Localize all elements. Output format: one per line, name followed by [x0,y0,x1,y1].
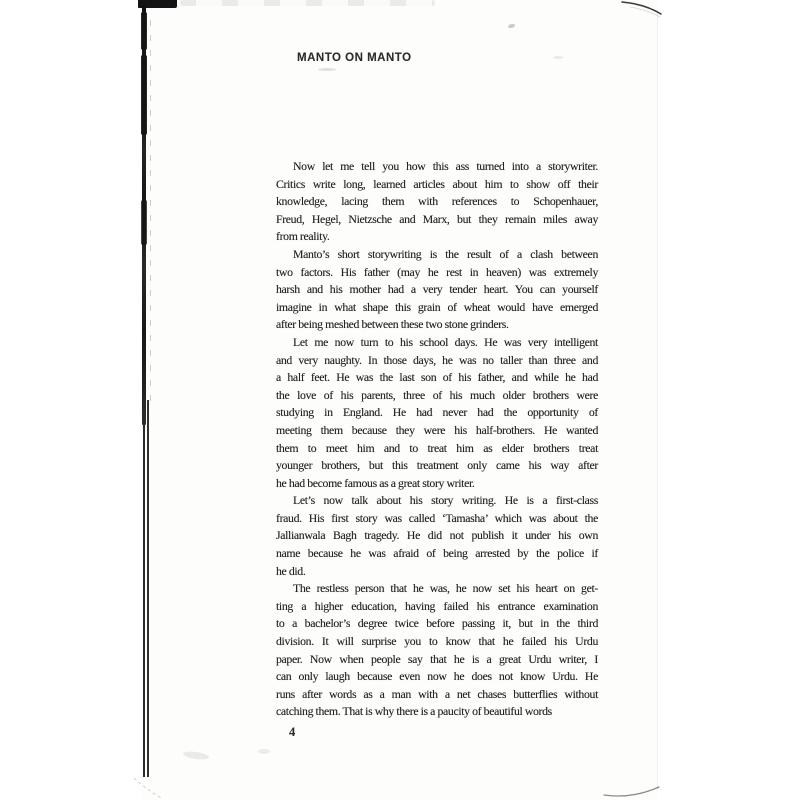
text-line: and very naughty. In those days, he was … [276,352,598,370]
scan-speck [553,56,563,59]
running-header: MANTO ON MANTO [297,52,412,64]
text-line: division. It will surprise you to know t… [276,633,598,651]
text-line: knowledge, lacing them with references t… [276,193,598,211]
text-line: ting a higher education, having failed h… [276,598,598,616]
text-line: them to meet him and to treat him as eld… [276,440,598,458]
text-line: imagine in what shape this grain of whea… [276,299,598,317]
text-line: a half feet. He was the last son of his … [276,369,598,387]
text-line: Manto’s short storywriting is the result… [276,246,598,264]
spine-double-line-left [143,400,145,777]
text-line: younger brothers, but this treatment onl… [276,457,598,475]
text-line: paper. Now when people say that he is a … [276,651,598,669]
text-line: harsh and his mother had a very tender h… [276,281,598,299]
scanned-book-page: MANTO ON MANTO Now let me tell you how t… [0,0,800,800]
text-line: after being meshed between these two sto… [276,316,598,334]
text-line: studying in England. He had never had th… [276,404,598,422]
spine-ink-blotch [141,55,147,135]
text-line: Freud, Hegel, Nietzsche and Marx, but th… [276,211,598,229]
page-number: 4 [289,725,295,740]
spine-ink-blotch [141,200,147,245]
scan-speck [318,68,336,71]
text-line: fraud. His first story was called ‘Tamas… [276,510,598,528]
text-line: two factors. His father (may he rest in … [276,264,598,282]
spine-dashed-line [150,20,152,405]
scan-smudge-top [180,0,435,6]
text-line: Let’s now talk about his story writing. … [276,492,598,510]
text-line: The restless person that he was, he now … [276,580,598,598]
text-line: from reality. [276,228,598,246]
text-line: Critics write long, learned articles abo… [276,176,598,194]
scan-speck [258,749,270,754]
text-line: to a bachelor’s degree twice before pass… [276,615,598,633]
text-line: the love of his parents, three of his mu… [276,387,598,405]
spine-double-line-right [147,400,149,777]
body-text: Now let me tell you how this ass turned … [276,158,598,721]
text-line: he had become famous as a great story wr… [276,475,598,493]
text-line: Let me now turn to his school days. He w… [276,334,598,352]
text-line: can only laugh because even now he does … [276,668,598,686]
text-line: runs after words as a man with a net cha… [276,686,598,704]
text-line: he did. [276,563,598,581]
text-line: meeting them because they were his half-… [276,422,598,440]
text-line: name because he was afraid of being arre… [276,545,598,563]
spine-ink-blotch [141,12,148,50]
text-line: Jallianwala Bagh tragedy. He did not pub… [276,527,598,545]
text-line: catching them. That is why there is a pa… [276,703,598,721]
page-right-edge [657,10,658,790]
text-line: Now let me tell you how this ass turned … [276,158,598,176]
